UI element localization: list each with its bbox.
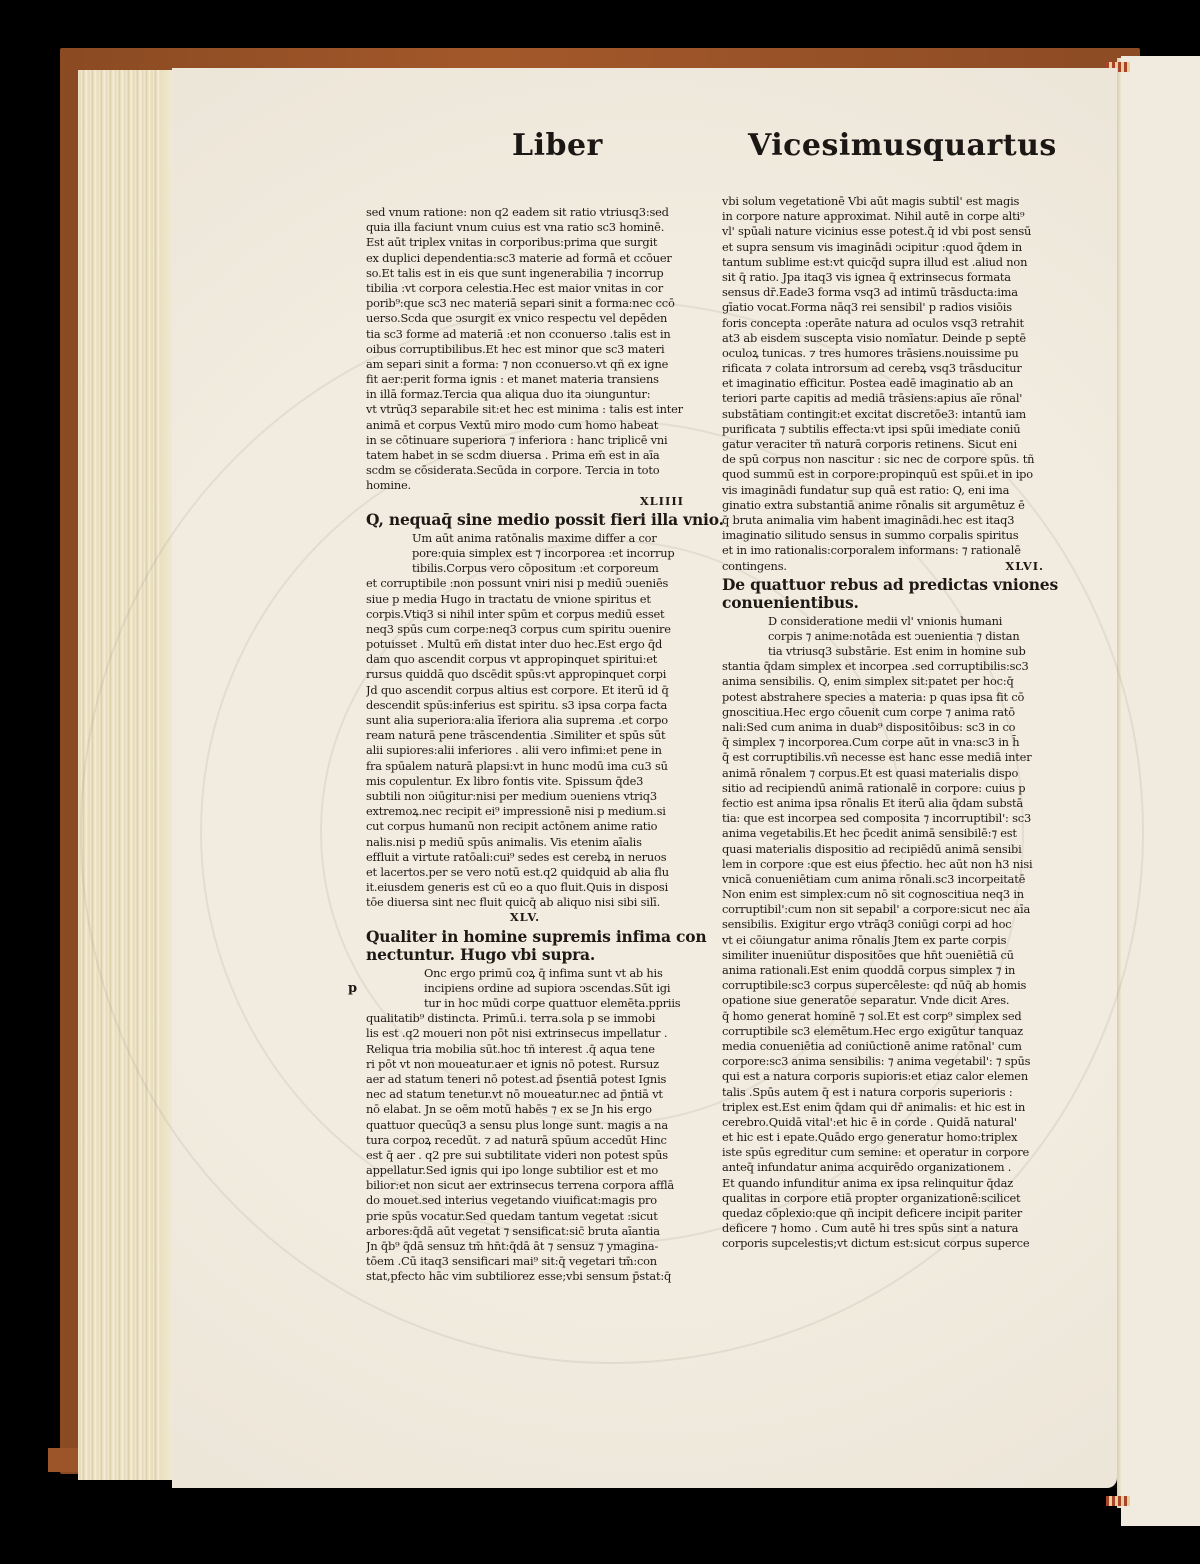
text-line: Non enim est simplex:cum nō sit cognosci…: [722, 887, 1044, 902]
text-line: quod summū est in corpore:propinquū est …: [722, 467, 1044, 482]
text-line: corpore:sc3 anima sensibilis: ⁊ anima ve…: [722, 1054, 1044, 1069]
text-line: aer ad statum teneri nō potest.ad p̄sent…: [366, 1072, 684, 1087]
text-line: corpis.Vtiq3 si nihil inter spūm et corp…: [366, 607, 684, 622]
text-line: fit aer:perit forma ignis : et manet mat…: [366, 372, 684, 387]
chapter-number: XLV.: [366, 910, 684, 925]
text-line: corruptibile sc3 elemētum.Hec ergo exigū…: [722, 1024, 1044, 1039]
text-line: tantum sublime est:vt quicq̄d supra illu…: [722, 255, 1044, 270]
text-line: triplex est.Est enim q̄dam qui dr̄ anima…: [722, 1100, 1044, 1115]
text-line: est q̄ aer . q2 pre sui subtilitate vide…: [366, 1148, 684, 1163]
text-line: q̄ simplex ⁊ incorporea.Cum corpe aūt in…: [722, 735, 1044, 750]
text-line: tia: que est incorpea sed composita ⁊ in…: [722, 811, 1044, 826]
text-line: rursus quiddā quo dscēdit spūs:vt approp…: [366, 667, 684, 682]
headband-bottom: [1106, 1496, 1130, 1506]
text-line: oibus corruptibilibus.Et hec est minor q…: [366, 342, 684, 357]
text-line: q̄ homo generat hominē ⁊ sol.Et est corp…: [722, 1009, 1044, 1024]
text-line: oculoꝝ tunicas. ⁊ tres humores trāsiens.…: [722, 346, 1044, 361]
text-line: effluit a virtute ratōali:cui⁹ sedes est…: [366, 850, 684, 865]
text-line: q̄ est corruptibilis.vñ necesse est hanc…: [722, 750, 1044, 765]
text-line: bilior:et non sicut aer extrinsecus terr…: [366, 1178, 684, 1193]
text-line: tur in hoc mūdi corpe quattuor elemēta.p…: [366, 996, 684, 1011]
text-line: nō elabat. Jn se oēm motū habēs ⁊ ex se …: [366, 1102, 684, 1117]
chapter-heading: conuenientibus.: [722, 594, 1044, 612]
text-line: et imaginatio efficitur. Postea eadē ima…: [722, 376, 1044, 391]
text-line: vnicā conueniētiam cum anima rōnali.sc3 …: [722, 872, 1044, 887]
text-line: Reliqua tria mobilia sūt.hoc tñ interest…: [366, 1042, 684, 1057]
text-line: quattuor quecūq3 a sensu plus longe sunt…: [366, 1118, 684, 1133]
text-line: deficere ⁊ homo . Cum autē hi tres spūs …: [722, 1221, 1044, 1236]
text-line: tibilis.Corpus vero cōpositum :et corpor…: [366, 561, 684, 576]
text-line: potest abstrahere species a materia: p q…: [722, 690, 1044, 705]
text-line: so.Et talis est in eis que sunt ingenera…: [366, 266, 684, 281]
paragraph: sed vnum ratione: non q2 eadem sit ratio…: [366, 205, 684, 494]
text-line: Onc ergo primū coꝝ q̄ infima sunt vt ab …: [366, 966, 684, 981]
text-line: nali:Sed cum anima in duab⁹ dispositōibu…: [722, 720, 1044, 735]
text-line: porib⁹:que sc3 nec materiā separi sinit …: [366, 296, 684, 311]
text-line: teriori parte capitis ad mediā trāsiens:…: [722, 391, 1044, 406]
text-line: stantia q̄dam simplex et incorpea .sed c…: [722, 659, 1044, 674]
text-line: substātiam contingit:et excitat discretō…: [722, 407, 1044, 422]
text-line: lis est .q2 moueri non pōt nisi extrinse…: [366, 1026, 684, 1041]
text-line: nalis.nisi p mediū spūs animalis. Vis et…: [366, 835, 684, 850]
text-line: vl' spūali nature vicinius esse potest.q…: [722, 224, 1044, 239]
text-line: uerso.Scda que ↄsurgit ex vnico respectu…: [366, 311, 684, 326]
text-line: quedaz cōplexio:que qñ incipit deficere …: [722, 1206, 1044, 1221]
text-line: potuisset . Multū em̄ distat inter duo h…: [366, 637, 684, 652]
text-line: do mouet.sed interius vegetando viuifica…: [366, 1193, 684, 1208]
text-line: imaginatio silitudo sensus in summo corp…: [722, 528, 1044, 543]
text-line: fectio est anima ipsa rōnalis Et iterū a…: [722, 796, 1044, 811]
chapter-heading: Qualiter in homine supremis infima con: [366, 928, 684, 946]
text-line: qui est a natura corporis supioris:et et…: [722, 1069, 1044, 1084]
text-line: prie spūs vocatur.Sed quedam tantum vege…: [366, 1209, 684, 1224]
text-line: stat,pfecto hāc vim subtiliorez esse;vbi…: [366, 1269, 684, 1284]
text-line: animā et corpus Vextū miro modo cum homo…: [366, 418, 684, 433]
text-line: Um aūt anima ratōnalis maxime differ a c…: [366, 531, 684, 546]
text-line: Jd quo ascendit corpus altius est corpor…: [366, 683, 684, 698]
text-line: it.eiusdem generis est cū eo a quo fluit…: [366, 880, 684, 895]
text-line: vbi solum vegetationē Vbi aūt magis subt…: [722, 194, 1044, 209]
text-line: tia vtriusq3 substārie. Est enim in homi…: [722, 644, 1044, 659]
text-line: tatem habet in se scdm diuersa . Prima e…: [366, 448, 684, 463]
text-line: pore:quia simplex est ⁊ incorporea :et i…: [366, 546, 684, 561]
paragraph: stantia q̄dam simplex et incorpea .sed c…: [722, 659, 1044, 1251]
running-head-left: Liber: [512, 128, 603, 163]
chapter-heading: nectuntur. Hugo vbi supra.: [366, 946, 684, 964]
text-line: et corruptibile :non possunt vniri nisi …: [366, 576, 684, 591]
text-line: media conueniētia ad coniūctionē anime r…: [722, 1039, 1044, 1054]
text-line: incipiens ordine ad supiora ↄscendas.Sūt…: [366, 981, 684, 996]
text-line: iste spūs egreditur cum semine: et opera…: [722, 1145, 1044, 1160]
page-edges: [78, 70, 174, 1480]
paragraph: et corruptibile :non possunt vniri nisi …: [366, 576, 684, 910]
text-line: gatur veraciter tñ naturā corporis retin…: [722, 437, 1044, 452]
text-line: anima rationali.Est enim quoddā corpus s…: [722, 963, 1044, 978]
text-line: subtili non ↄiūgitur:nisi per medium ↄue…: [366, 789, 684, 804]
marginal-guide-letter: p: [348, 981, 357, 996]
text-line: in illā formaz.Tercia qua aliqua duo ita…: [366, 387, 684, 402]
text-line: gnoscitiua.Hec ergo cōuenit cum corpe ⁊ …: [722, 705, 1044, 720]
text-line: at3 ab eisdem suscepta visio nomīatur. D…: [722, 331, 1044, 346]
text-line: similiter inueniūtur dispositōes que hn̄…: [722, 948, 1044, 963]
text-line: qualitatib⁹ distincta. Primū.i. terra.so…: [366, 1011, 684, 1026]
text-line: de spū corpus non nascitur : sic nec de …: [722, 452, 1044, 467]
text-line: et lacertos.per se vero notū est.q2 quid…: [366, 865, 684, 880]
text-line: arbores:q̄dā aūt vegetat ⁊ sensificat:si…: [366, 1224, 684, 1239]
text-line: corruptibil':cum non sit sepabil' a corp…: [722, 902, 1044, 917]
text-line: vis imaginādi fundatur sup quā est ratio…: [722, 483, 1044, 498]
text-line: extremoꝝ.nec recipit ei⁹ impressionē nis…: [366, 804, 684, 819]
text-line: in corpore nature approximat. Nihil autē…: [722, 209, 1044, 224]
text-line: scdm se cōsiderata.Secūda in corpore. Te…: [366, 463, 684, 478]
text-line: gīatio vocat.Forma nāq3 rei sensibil' p …: [722, 300, 1044, 315]
text-line: quia illa faciunt vnum cuius est vna rat…: [366, 220, 684, 235]
text-line: sitio ad recipiendū animā rationalē in c…: [722, 781, 1044, 796]
text-line: cut corpus humanū non recipit actōnem an…: [366, 819, 684, 834]
text-line: corruptibile:sc3 corpus supercēleste: qd…: [722, 978, 1044, 993]
text-line: purificata ⁊ subtilis effecta:vt ipsi sp…: [722, 422, 1044, 437]
text-line: in se cōtinuare superiora ⁊ inferiora : …: [366, 433, 684, 448]
text-line: corporis supcelestis;vt dictum est:sicut…: [722, 1236, 1044, 1251]
text-line: vt vtrūq3 separabile sit:et hec est mini…: [366, 402, 684, 417]
text-line: ri pōt vt non moueatur.aer et ignis nō p…: [366, 1057, 684, 1072]
text-line: ream naturā pene trāscendentia .Similite…: [366, 728, 684, 743]
text-line: ginatio extra substantiā anime rōnalis s…: [722, 498, 1044, 513]
chapter-heading: De quattuor rebus ad predictas vniones: [722, 576, 1044, 594]
text-line: corpis ⁊ anime:notāda est ↄuenientia ⁊ d…: [722, 629, 1044, 644]
text-line: D consideratione medii vl' vnionis human…: [722, 614, 1044, 629]
text-line: homine.: [366, 478, 684, 493]
paragraph-indented: D consideratione medii vl' vnionis human…: [722, 614, 1044, 660]
text-line: et in imo rationalis:corporalem informan…: [722, 543, 1044, 558]
text-line: ex duplici dependentia:sc3 materie ad fo…: [366, 251, 684, 266]
text-line: cerebro.Quidā vital':et hic ē in corde .…: [722, 1115, 1044, 1130]
text-line: et hic est i epate.Quādo ergo generatur …: [722, 1130, 1044, 1145]
text-line: alii supiores:alii inferiores . alii ver…: [366, 743, 684, 758]
right-text-column: vbi solum vegetationē Vbi aūt magis subt…: [722, 194, 1044, 1252]
text-line: sensus dr̄.Eade3 forma vsq3 ad intimū tr…: [722, 285, 1044, 300]
text-line: et supra sensum vis imaginādi ↄcipitur :…: [722, 240, 1044, 255]
text-line: appellatur.Sed ignis qui ipo longe subti…: [366, 1163, 684, 1178]
text-line: siue p media Hugo in tractatu de vnione …: [366, 592, 684, 607]
text-line: anima sensibilis. Q, enim simplex sit:pa…: [722, 674, 1044, 689]
text-line: rificata ⁊ colata introrsum ad cerebꝝ vs…: [722, 361, 1044, 376]
text-line: talis .Spūs autem q̄ est i natura corpor…: [722, 1085, 1044, 1100]
text-line: tōe diuersa sint nec fluit quicq̄ ab ali…: [366, 895, 684, 910]
text-line: tōem .Cū itaq3 sensificari mai⁹ sit:q̄ v…: [366, 1254, 684, 1269]
text-line: lem in corpore :que est eius p̄fectio. h…: [722, 857, 1044, 872]
paragraph: vbi solum vegetationē Vbi aūt magis subt…: [722, 194, 1044, 574]
text-line: Jn q̄b⁹ q̄dā sensuz tm̄ hn̄t:q̄dā āt ⁊ s…: [366, 1239, 684, 1254]
text-line: animā rōnalem ⁊ corpus.Et est quasi mate…: [722, 766, 1044, 781]
text-line: mis copulentur. Ex libro fontis vite. Sp…: [366, 774, 684, 789]
text-line: foris concepta :operāte natura ad oculos…: [722, 316, 1044, 331]
running-head-right: Vicesimusquartus: [748, 128, 1057, 163]
text-line: anima vegetabilis.Et hec p̄cedit animā s…: [722, 826, 1044, 841]
chapter-number: XLIIII: [366, 494, 684, 509]
paragraph-indented: Onc ergo primū coꝝ q̄ infima sunt vt ab …: [366, 966, 684, 1012]
text-line: sit q̄ ratio. Jpa itaq3 vis ignea q̄ ext…: [722, 270, 1044, 285]
text-line: anteq̄ infundatur anima acquirēdo organi…: [722, 1160, 1044, 1175]
text-line: sunt alia superiora:alia īferiora alia s…: [366, 713, 684, 728]
text-line: quasi materialis dispositio ad recipiēdū…: [722, 842, 1044, 857]
paragraph-indented: Um aūt anima ratōnalis maxime differ a c…: [366, 531, 684, 577]
chapter-heading: Q, nequaq̄ sine medio possit fieri illa …: [366, 511, 684, 529]
left-text-column: sed vnum ratione: non q2 eadem sit ratio…: [366, 205, 684, 1285]
facing-page: [1121, 56, 1200, 1526]
text-line: vt ei cōiungatur anima rōnalis Jtem ex p…: [722, 933, 1044, 948]
text-line: tia sc3 forme ad materiā :et non cconuer…: [366, 327, 684, 342]
text-line: Est aūt triplex vnitas in corporibus:pri…: [366, 235, 684, 250]
text-line: fra spūalem naturā plapsi:vt in hunc mod…: [366, 759, 684, 774]
text-line: tura corpoꝝ recedūt. ⁊ ad naturā spūum a…: [366, 1133, 684, 1148]
text-line: tibilia :vt corpora celestia.Hec est mai…: [366, 281, 684, 296]
text-line: qualitas in corpore etiā propter organiz…: [722, 1191, 1044, 1206]
text-line: dam quo ascendit corpus vt appropinquet …: [366, 652, 684, 667]
text-line: Et quando infunditur anima ex ipsa relin…: [722, 1176, 1044, 1191]
text-line: nec ad statum tenetur.vt nō moueatur.nec…: [366, 1087, 684, 1102]
text-line: am separi sinit a forma: ⁊ non cconuerso…: [366, 357, 684, 372]
text-line: neq3 spūs cum corpe:neq3 corpus cum spir…: [366, 622, 684, 637]
text-line: sed vnum ratione: non q2 eadem sit ratio…: [366, 205, 684, 220]
text-line: opatione siue generatōe separatur. Vnde …: [722, 993, 1044, 1008]
text-line: q̄ bruta animalia vim habent imaginādi.h…: [722, 513, 1044, 528]
text-line: sensibilis. Exigitur ergo vtrāq3 coniūgi…: [722, 917, 1044, 932]
paragraph: qualitatib⁹ distincta. Primū.i. terra.so…: [366, 1011, 684, 1284]
text-line: descendit spūs:inferius est spiritu. s3 …: [366, 698, 684, 713]
